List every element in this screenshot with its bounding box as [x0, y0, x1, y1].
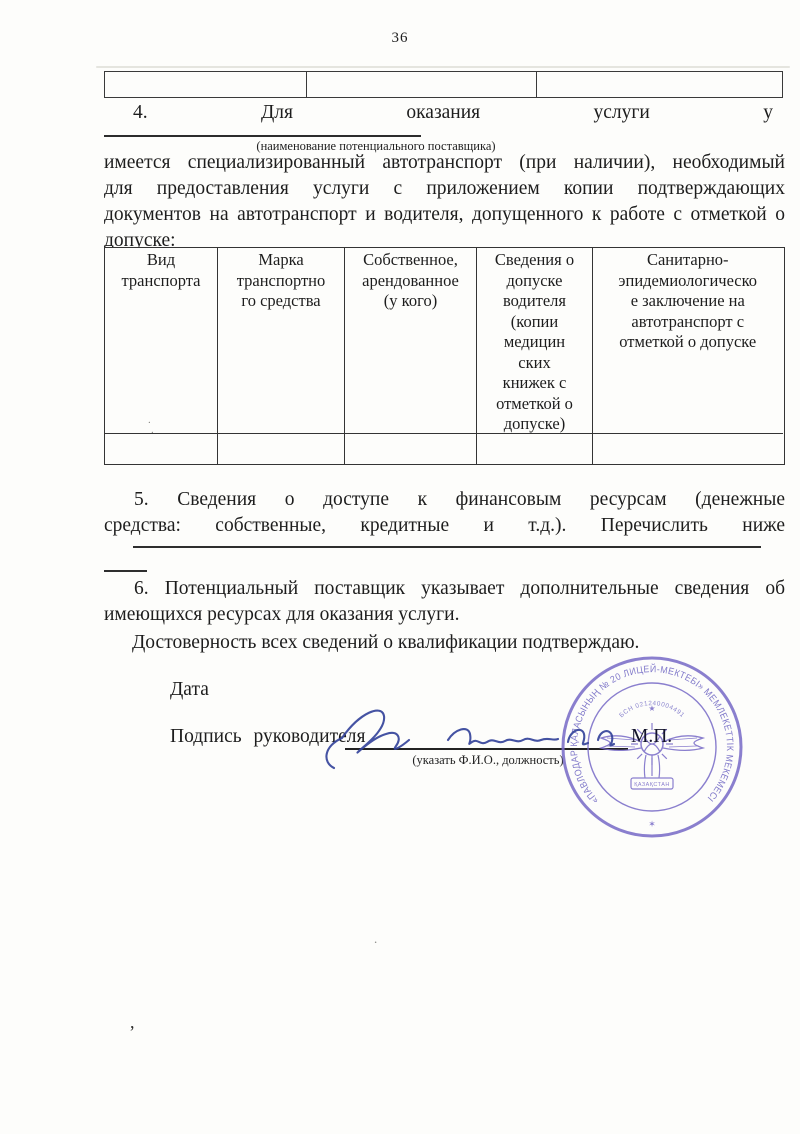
signature-strokes — [326, 711, 614, 768]
continuation-cell — [307, 72, 536, 97]
fill-in-blank-line-short — [104, 570, 147, 572]
signature-handwriting — [312, 696, 642, 781]
scan-artifact-comma: , — [130, 1012, 135, 1033]
fill-in-blank-line — [133, 546, 761, 548]
continuation-cell — [105, 72, 307, 97]
table-empty-cell — [105, 434, 218, 464]
scanned-document-page: 36 4. Для оказания услуги у (наименовани… — [0, 0, 800, 1134]
column-header-vehicle-type: Вид транспорта — [105, 248, 218, 434]
paragraph-line: 6. Потенциальный поставщик указывает доп… — [104, 576, 785, 602]
item4-word: Для — [261, 102, 293, 124]
scan-artifact-line — [96, 66, 790, 68]
item4-word: у — [763, 102, 773, 124]
continuation-cell — [537, 72, 782, 97]
table-empty-cell — [218, 434, 345, 464]
paragraph-line: имеющихся ресурсах для оказания услуги. — [104, 602, 785, 628]
svg-text:★: ★ — [648, 704, 655, 713]
column-header-driver-clearance: Сведения о допуске водителя (копии медиц… — [477, 248, 593, 434]
continuation-table — [104, 71, 783, 98]
column-header-vehicle-brand: Марка транспортно го средства — [218, 248, 345, 434]
item6-paragraph: 6. Потенциальный поставщик указывает доп… — [104, 576, 785, 628]
table-empty-cell — [477, 434, 593, 464]
column-header-ownership: Собственное, арендованное (у кого) — [345, 248, 477, 434]
item4-word: оказания — [406, 102, 480, 124]
item4-paragraph: имеется специализированный автотранспорт… — [104, 150, 785, 254]
column-header-sanitary-conclusion: Санитарно- эпидемиологическо е заключени… — [593, 248, 783, 434]
stamp-separator-star: ✶ — [648, 819, 656, 829]
item4-word: услуги — [594, 102, 650, 124]
scan-artifact-dot: . — [374, 931, 377, 947]
date-label: Дата — [170, 679, 209, 701]
paragraph-line: имеется специализированный автотранспорт… — [104, 150, 785, 176]
paragraph-line: средства: собственные, кредитные и т.д.)… — [104, 513, 785, 539]
stamp-center-text: ҚАЗАҚСТАН — [634, 782, 669, 788]
item4-heading-line: 4. Для оказания услуги у — [104, 102, 783, 124]
page-number: 36 — [0, 30, 800, 47]
scan-artifact-dot: . — [151, 424, 154, 436]
paragraph-line: для предоставления услуги с приложением … — [104, 176, 785, 202]
table-empty-cell — [345, 434, 477, 464]
transport-table: Вид транспорта Марка транспортно го сред… — [104, 247, 785, 465]
supplier-name-blank-line — [104, 135, 421, 137]
paragraph-line: 5. Сведения о доступе к финансовым ресур… — [104, 487, 785, 513]
table-empty-cell — [593, 434, 783, 464]
item5-paragraph: 5. Сведения о доступе к финансовым ресур… — [104, 487, 785, 539]
paragraph-line: документов на автотранспорт и водителя, … — [104, 202, 785, 228]
item4-number: 4. — [133, 102, 148, 124]
